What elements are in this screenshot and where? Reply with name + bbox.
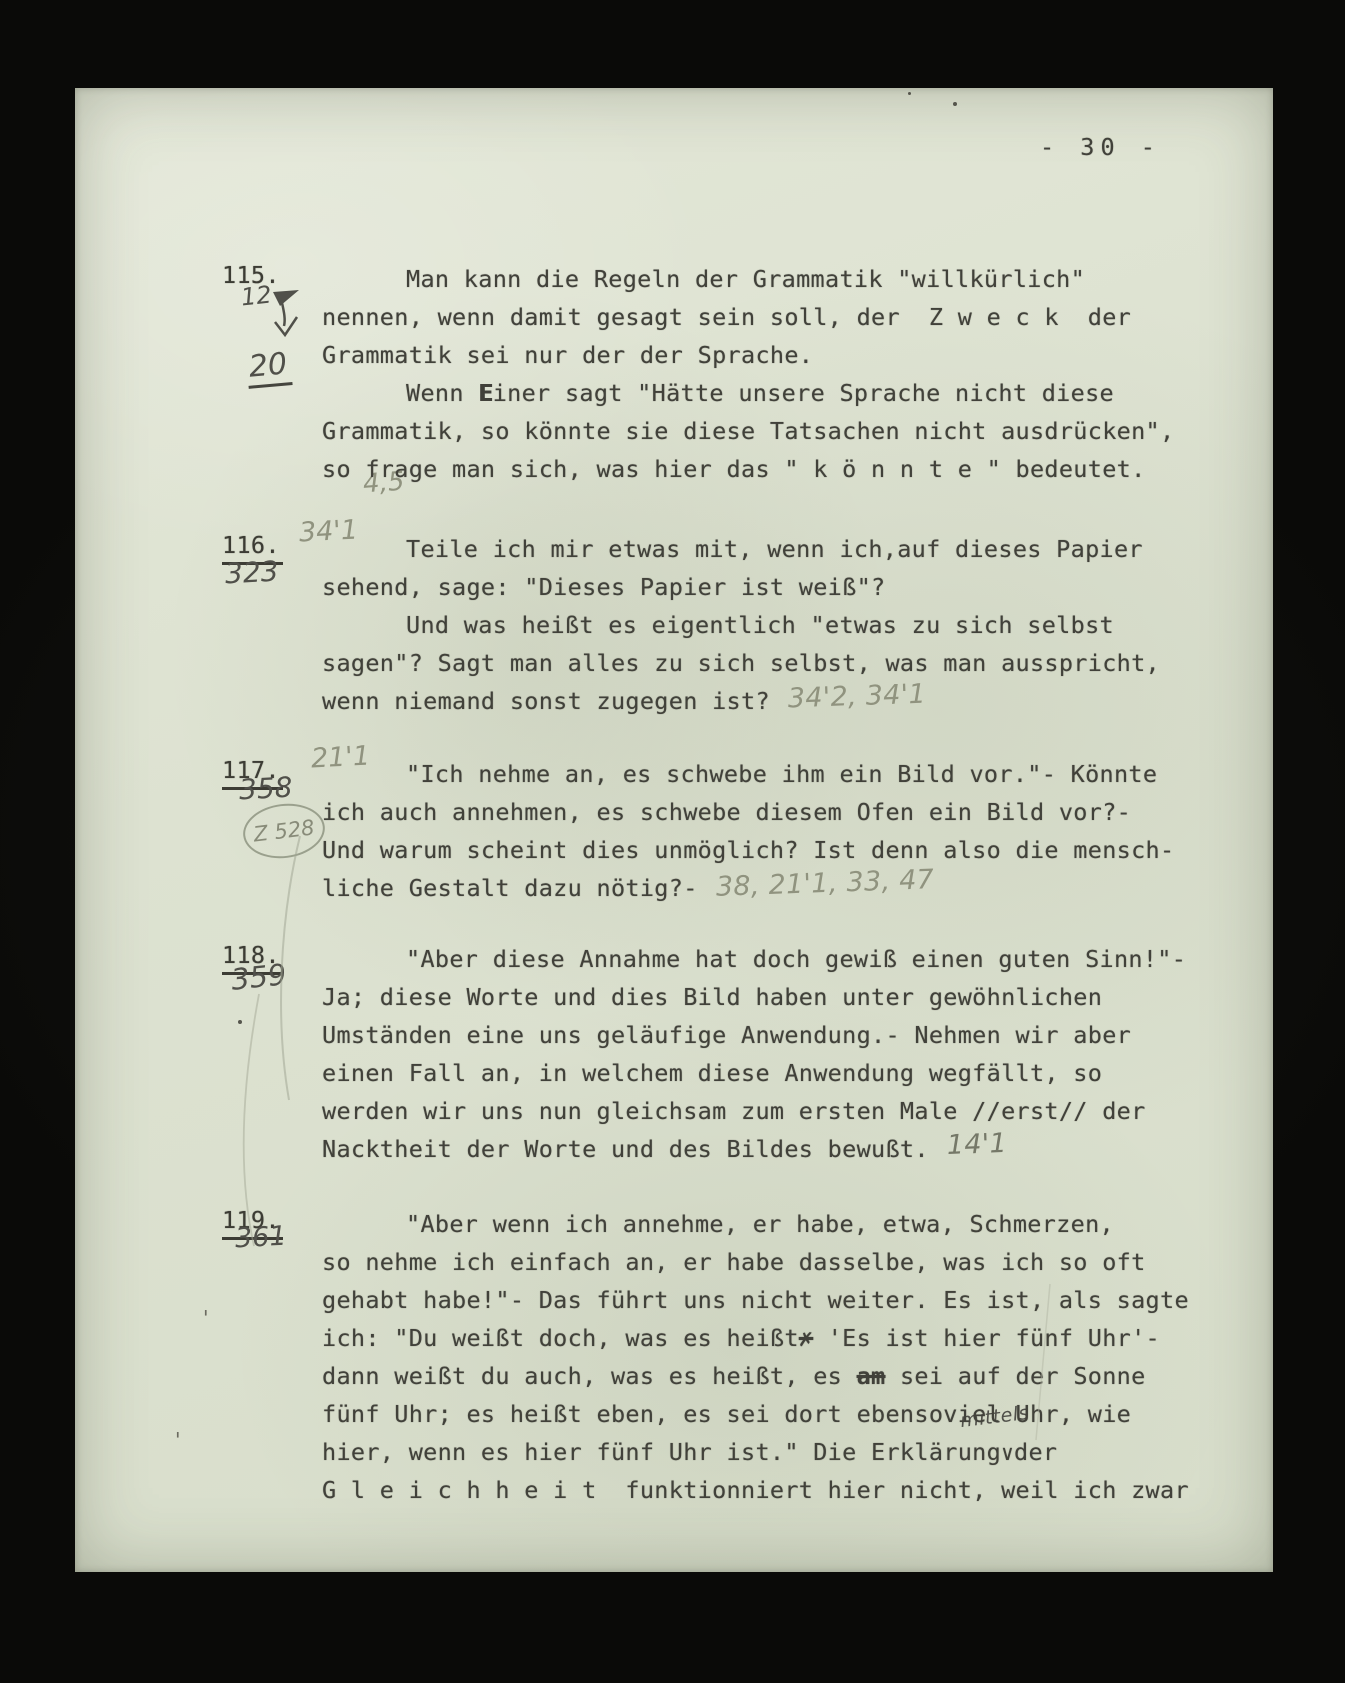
- line-text: dann weißt du auch, was es heißt, es: [322, 1362, 857, 1390]
- line-text: 'Es ist hier fünf Uhr'-: [813, 1324, 1160, 1352]
- line-text: sehend, sage: "Dieses Papier ist weiß"?: [322, 573, 885, 601]
- text-line: "Ich nehme an, es schwebe ihm ein Bild v…: [322, 755, 1272, 793]
- line-text: "Aber diese Annahme hat doch gewiß einen…: [406, 945, 1186, 973]
- line-text: Teile ich mir etwas mit, wenn ich,auf di…: [406, 535, 1143, 563]
- text-line: einen Fall an, in welchem diese Anwendun…: [322, 1054, 1272, 1092]
- stray-mark: ': [175, 1428, 181, 1452]
- text-line: Umständen eine uns geläufige Anwendung.-…: [322, 1016, 1272, 1054]
- text-line: Grammatik, so könnte sie diese Tatsachen…: [322, 412, 1272, 450]
- line-text: Wenn: [406, 379, 478, 407]
- line-text: ich: "Du weißt doch, was es heißt: [322, 1324, 799, 1352]
- ink-speck: [953, 102, 957, 106]
- text-line: ich auch annehmen, es schwebe diesem Ofe…: [322, 793, 1272, 831]
- caret-mark: ∨: [1001, 1441, 1014, 1465]
- text-line: fünf Uhr; es heißt eben, es sei dort ebe…: [322, 1395, 1272, 1433]
- line-text: Nacktheit der Worte und des Bildes bewuß…: [322, 1135, 929, 1163]
- circled-annotation-text: Z 528: [252, 815, 316, 846]
- handwritten-note: 34'2, 34'1: [787, 676, 926, 719]
- text-line: G l e i c h h e i t funktionniert hier n…: [322, 1471, 1272, 1509]
- margin-arrow-icon: [271, 290, 303, 338]
- text-line: Nacktheit der Worte und des Bildes bewuß…: [322, 1130, 1272, 1168]
- paragraph-115: Man kann die Regeln der Grammatik "willk…: [322, 260, 1272, 488]
- line-text: so nehme ich einfach an, er habe dasselb…: [322, 1248, 1146, 1276]
- text-line: Und was heißt es eigentlich "etwas zu si…: [322, 606, 1272, 644]
- handwritten-margin-note: 361: [234, 1221, 287, 1255]
- line-text: Ja; diese Worte und dies Bild haben unte…: [322, 983, 1102, 1011]
- line-text: liche Gestalt dazu nötig?-: [322, 874, 698, 902]
- line-text: Und warum scheint dies unmöglich? Ist de…: [322, 836, 1174, 864]
- line-text: Grammatik sei nur der der Sprache.: [322, 341, 813, 369]
- text-line: Wenn Einer sagt "Hätte unsere Sprache ni…: [322, 374, 1272, 412]
- handwritten-margin-note: 12: [240, 280, 273, 311]
- ink-speck: [238, 1020, 242, 1024]
- line-text: Man kann die Regeln der Grammatik "willk…: [406, 265, 1085, 293]
- line-text: Grammatik, so könnte sie diese Tatsachen…: [322, 417, 1174, 445]
- line-text: ich auch annehmen, es schwebe diesem Ofe…: [322, 798, 1131, 826]
- text-line: wenn niemand sonst zugegen ist?34'2, 34'…: [322, 682, 1272, 720]
- text-line: dann weißt du auch, was es heißt, es am …: [322, 1357, 1272, 1395]
- text-line: werden wir uns nun gleichsam zum ersten …: [322, 1092, 1272, 1130]
- text-line: Und warum scheint dies unmöglich? Ist de…: [322, 831, 1272, 869]
- handwritten-margin-note: 358: [238, 771, 293, 807]
- text-line: sehend, sage: "Dieses Papier ist weiß"?: [322, 568, 1272, 606]
- handwritten-margin-note: 323: [224, 555, 279, 591]
- overtyped-letter: E: [478, 379, 492, 407]
- line-text: hier, wenn es hier fünf Uhr ist." Die Er…: [322, 1438, 1001, 1466]
- text-line: Grammatik sei nur der der Sprache.: [322, 336, 1272, 374]
- line-text: Und was heißt es eigentlich "etwas zu si…: [406, 611, 1114, 639]
- line-text: Umständen eine uns geläufige Anwendung.-…: [322, 1021, 1131, 1049]
- handwritten-margin-note: 20: [245, 346, 292, 389]
- line-text: so frage man sich, was hier das " k ö n …: [322, 455, 1146, 483]
- handwritten-note: 14'1: [946, 1125, 1007, 1165]
- text-line: so nehme ich einfach an, er habe dasselb…: [322, 1243, 1272, 1281]
- line-text: gehabt habe!"- Das führt uns nicht weite…: [322, 1286, 1189, 1314]
- paragraph-117: "Ich nehme an, es schwebe ihm ein Bild v…: [322, 755, 1272, 907]
- line-text: sagen"? Sagt man alles zu sich selbst, w…: [322, 649, 1160, 677]
- text-line: Teile ich mir etwas mit, wenn ich,auf di…: [322, 530, 1272, 568]
- scan-background: - 30 - 115. 12 20 4,5 Man kann die Regel…: [0, 0, 1345, 1683]
- text-line: hier, wenn es hier fünf Uhr ist." Die Er…: [322, 1433, 1272, 1471]
- line-text: werden wir uns nun gleichsam zum ersten …: [322, 1097, 1146, 1125]
- stray-mark: ': [203, 1306, 209, 1330]
- text-line: Ja; diese Worte und dies Bild haben unte…: [322, 978, 1272, 1016]
- text-line: liche Gestalt dazu nötig?-38, 21'1, 33, …: [322, 869, 1272, 907]
- circled-annotation: Z 528: [240, 799, 328, 863]
- paragraph-116: Teile ich mir etwas mit, wenn ich,auf di…: [322, 530, 1272, 720]
- text-line: "Aber wenn ich annehme, er habe, etwa, S…: [322, 1205, 1272, 1243]
- struck-character: ✗: [799, 1324, 813, 1352]
- line-text: "Aber wenn ich annehme, er habe, etwa, S…: [406, 1210, 1114, 1238]
- handwritten-note: 38, 21'1, 33, 47: [715, 861, 935, 907]
- paragraph-118: "Aber diese Annahme hat doch gewiß einen…: [322, 940, 1272, 1168]
- text-line: "Aber diese Annahme hat doch gewiß einen…: [322, 940, 1272, 978]
- line-text: iner sagt "Hätte unsere Sprache nicht di…: [493, 379, 1114, 407]
- handwritten-margin-note: 359: [229, 957, 288, 997]
- line-text: einen Fall an, in welchem diese Anwendun…: [322, 1059, 1102, 1087]
- text-line: Man kann die Regeln der Grammatik "willk…: [322, 260, 1272, 298]
- line-text: "Ich nehme an, es schwebe ihm ein Bild v…: [406, 760, 1157, 788]
- ink-speck: [908, 92, 911, 95]
- struck-word: am: [857, 1362, 886, 1390]
- text-line: so frage man sich, was hier das " k ö n …: [322, 450, 1272, 488]
- paragraph-119: "Aber wenn ich annehme, er habe, etwa, S…: [322, 1205, 1272, 1509]
- text-line: gehabt habe!"- Das führt uns nicht weite…: [322, 1281, 1272, 1319]
- text-line: nennen, wenn damit gesagt sein soll, der…: [322, 298, 1272, 336]
- line-text: fünf Uhr; es heißt eben, es sei dort ebe…: [322, 1400, 1131, 1428]
- document-page: - 30 - 115. 12 20 4,5 Man kann die Regel…: [75, 88, 1273, 1572]
- line-text: nennen, wenn damit gesagt sein soll, der…: [322, 303, 1131, 331]
- page-number: - 30 -: [1040, 128, 1161, 166]
- line-text: G l e i c h h e i t funktionniert hier n…: [322, 1476, 1189, 1504]
- line-text: sei auf der Sonne: [886, 1362, 1146, 1390]
- text-line: ich: "Du weißt doch, was es heißt✗ 'Es i…: [322, 1319, 1272, 1357]
- line-text: wenn niemand sonst zugegen ist?: [322, 687, 770, 715]
- line-text: der: [1014, 1438, 1057, 1466]
- text-line: sagen"? Sagt man alles zu sich selbst, w…: [322, 644, 1272, 682]
